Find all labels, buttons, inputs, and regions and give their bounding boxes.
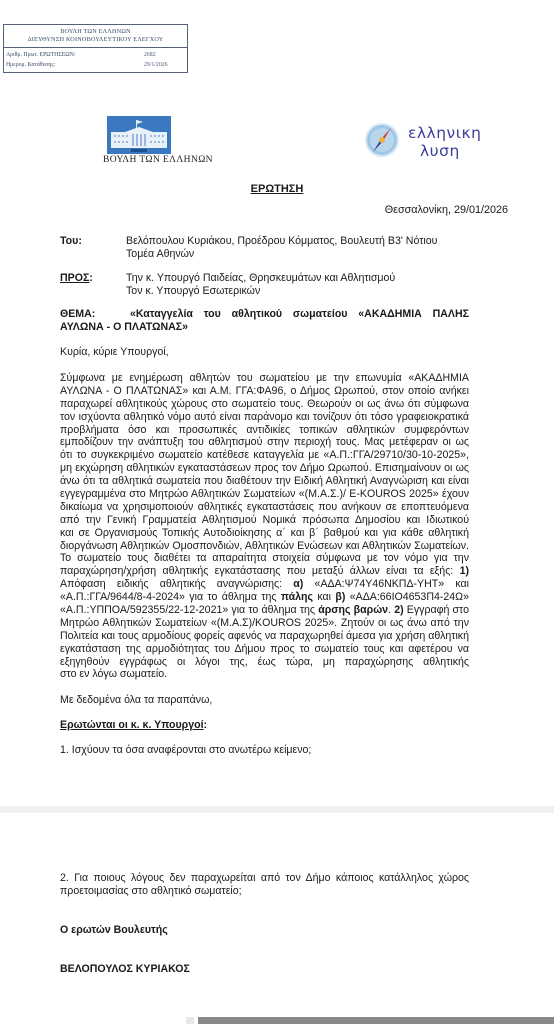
body-line: «Α.Π.:ΓΓΑ/9644/8-4-2024» για το άθλημα τ…: [60, 591, 469, 604]
horizontal-scrollbar[interactable]: [198, 1017, 554, 1024]
from-line-1: Βελόπουλου Κυριάκου, Προέδρου Κόμματος, …: [126, 235, 437, 248]
to-label-colon: :: [89, 272, 93, 284]
registry-protocol-row: Αριθμ. Πρωτ. ΕΡΩΤΗΣΕΩΝ: 2682: [4, 48, 187, 59]
body-line: δικαίωμα να χρησιμοποιούν αθλητικές εγκα…: [60, 501, 469, 514]
body-line: εγγεγραμμένα στο Μητρώο Αθλητικών Σωματε…: [60, 488, 469, 501]
body-line: τον ισχύοντα αθλητικό νόμο αυτό είναι πα…: [60, 411, 469, 424]
body-line: Πολιτεία και τους αρμοδίους φορείς αφενό…: [60, 630, 469, 643]
body-line: παραχωρεί αθλητικούς χώρους στο σωματείο…: [60, 398, 469, 411]
body-line: διοργάνωση Αθλητικών Ομοσπονδιών, Αθλητι…: [60, 540, 469, 553]
body-line: Απόφαση ειδικής αθλητικής αναγνώρισης: α…: [60, 578, 469, 591]
document-page-2: 2. Για ποιους λόγους δεν παραχωρείται απ…: [0, 813, 554, 1011]
scroll-handle[interactable]: [186, 1017, 194, 1024]
signature-label: Ο ερωτών Βουλευτής: [60, 924, 168, 937]
to-label-text: ΠΡΟΣ: [60, 272, 89, 284]
body-line: εμποδίζουν την ανάπτυξη του αθλητισμού σ…: [60, 436, 469, 449]
from-line-2: Τομέα Αθηνών: [126, 248, 194, 261]
body-text: «Α.Π.:ΥΠΠΟΑ/592355/22-12-2021» για το άθ…: [60, 604, 318, 616]
party-logo-line2: λυση: [408, 142, 481, 160]
document-page-1: ΒΟΥΛΗ ΤΩΝ ΕΛΛΗΝΩΝ ΔΙΕΥΘΥΝΣΗ ΚΟΙΝΟΒΟΥΛΕΥΤ…: [0, 0, 554, 807]
protocol-value: 2682: [144, 51, 156, 59]
filing-date-label: Ημερομ. Κατάθεσης:: [6, 61, 144, 69]
protocol-label: Αριθμ. Πρωτ. ΕΡΩΤΗΣΕΩΝ:: [6, 51, 144, 59]
body-text: παραχώρηση/χρήση αθλητικής εγκατάστασης …: [60, 565, 460, 577]
from-label: Του:: [60, 235, 82, 248]
question-2-line-1: 2. Για ποιους λόγους δεν παραχωρείται απ…: [60, 872, 469, 885]
to-line-1: Την κ. Υπουργό Παιδείας, Θρησκευμάτων κα…: [126, 272, 395, 285]
body-text: και: [313, 591, 335, 603]
body-line: και σε Οργανισμούς Τοπικής Αυτοδιοίκησης…: [60, 527, 469, 540]
registry-title-line2: ΔΙΕΥΘΥΝΣΗ ΚΟΙΝΟΒΟΥΛΕΥΤΙΚΟΥ ΕΛΕΓΧΟΥ: [4, 36, 187, 44]
body-line: «Α.Π.:ΥΠΠΟΑ/592355/22-12-2021» για το άθ…: [60, 604, 469, 617]
body-line: ΑΥΛΩΝΑ - Ο ΠΛΑΤΩΝΑΣ» και Α.Μ. ΓΓΑ:ΦΑ96, …: [60, 385, 469, 398]
registry-title-line1: ΒΟΥΛΗ ΤΩΝ ΕΛΛΗΝΩΝ: [4, 28, 187, 36]
body-line: Μητρώο Αθλητικών Σωματείων «(Μ.Α.Σ)/KOUR…: [60, 617, 469, 630]
subject-line-2: ΑΥΛΩΝΑ - Ο ΠΛΑΤΩΝΑΣ»: [60, 321, 188, 334]
signature-name: ΒΕΛΟΠΟΥΛΟΣ ΚΥΡΙΑΚΟΣ: [60, 963, 190, 976]
body-bold: 2): [394, 604, 403, 616]
body-paragraph: Σύμφωνα με ενημέρωση αθλητών του σωματεί…: [60, 372, 469, 681]
question-2: 2. Για ποιους λόγους δεν παραχωρείται απ…: [60, 872, 469, 898]
parliament-logo: ΒΟΥΛΗ ΤΩΝ ΕΛΛΗΝΩΝ: [103, 116, 199, 168]
party-logo: ελληνικη λυση: [362, 116, 512, 166]
body-bold: β): [335, 591, 345, 603]
body-line: από την Γενική Γραμματεία Αθλητισμού Νομ…: [60, 514, 469, 527]
body-line: παραχώρηση/χρήση αθλητικής εγκατάστασης …: [60, 565, 469, 578]
filing-date-value: 29/1/2026: [144, 61, 168, 69]
document-title: ΕΡΩΤΗΣΗ: [0, 183, 554, 196]
questions-heading-text: Ερωτώνται οι κ. κ. Υπουργοί: [60, 719, 204, 731]
body-line: εγκατάσταση της αρμοδιότητας του Δήμου π…: [60, 643, 469, 656]
place-date: Θεσσαλονίκη, 29/01/2026: [385, 204, 508, 217]
body-line: Το σωματείο τους διαθέτει τα απαραίτητα …: [60, 552, 469, 565]
party-logo-line1: ελληνικη: [408, 124, 481, 142]
questions-heading-colon: :: [204, 719, 208, 731]
registry-date-row: Ημερομ. Κατάθεσης: 29/1/2026: [4, 59, 187, 69]
given-statement: Με δεδομένα όλα τα παραπάνω,: [60, 694, 212, 707]
body-line: άνω ότι τα αθλητικά σωματεία που διαθέτο…: [60, 475, 469, 488]
body-line: Σύμφωνα με ενημέρωση αθλητών του σωματεί…: [60, 372, 469, 385]
body-line: προβλήματα όσο και προσωπικές αντιδικίες…: [60, 424, 469, 437]
body-text: «Α.Π.:ΓΓΑ/9644/8-4-2024» για το άθλημα τ…: [60, 591, 281, 603]
body-text: Απόφαση ειδικής αθλητικής αναγνώρισης:: [60, 578, 293, 590]
compass-icon: [364, 122, 400, 158]
to-label: ΠΡΟΣ:: [60, 272, 93, 285]
question-1: 1. Ισχύουν τα όσα αναφέρονται στο ανωτέρ…: [60, 744, 311, 757]
body-bold: 1): [460, 565, 469, 577]
registry-stamp: ΒΟΥΛΗ ΤΩΝ ΕΛΛΗΝΩΝ ΔΙΕΥΘΥΝΣΗ ΚΟΙΝΟΒΟΥΛΕΥΤ…: [3, 24, 188, 73]
salutation: Κυρία, κύριε Υπουργοί,: [60, 346, 169, 359]
subject-line-1-wrap: «Καταγγελία του αθλητικού σωματείου «ΑΚΑ…: [130, 308, 469, 321]
body-line: στο εν λόγω σωματείο.: [60, 668, 469, 681]
party-logo-text: ελληνικη λυση: [408, 124, 481, 160]
registry-title: ΒΟΥΛΗ ΤΩΝ ΕΛΛΗΝΩΝ ΔΙΕΥΘΥΝΣΗ ΚΟΙΝΟΒΟΥΛΕΥΤ…: [4, 25, 187, 44]
body-text: Εγγραφή στο: [404, 604, 469, 616]
to-line-2: Τον κ. Υπουργό Εσωτερικών: [126, 285, 260, 298]
body-line: εξηγηθούν εγγράφως οι λόγοι της, έως τώρ…: [60, 656, 469, 669]
body-bold: άρσης βαρών: [318, 604, 388, 616]
parliament-logo-text: ΒΟΥΛΗ ΤΩΝ ΕΛΛΗΝΩΝ: [103, 155, 213, 165]
body-bold: πάλης: [281, 591, 313, 603]
parliament-building-icon: [107, 116, 171, 154]
questions-heading: Ερωτώνται οι κ. κ. Υπουργοί:: [60, 719, 207, 732]
subject-label: ΘΕΜΑ:: [60, 308, 95, 321]
body-line: ότι το συγκεκριμένο σωματείο κατέθεσε κα…: [60, 449, 469, 462]
body-text: «ΑΔΑ:Ψ74Υ46ΝΚΠΔ-ΥΗΤ» και: [303, 578, 469, 590]
body-line: μη εκχώρηση αθλητικών εγκαταστάσεων προς…: [60, 462, 469, 475]
page-break: [0, 806, 554, 813]
question-2-line-2: προετοιμασίας στο αθλητικό σωματείο;: [60, 885, 469, 898]
body-bold: α): [293, 578, 303, 590]
subject-line-1: «Καταγγελία του αθλητικού σωματείου «ΑΚΑ…: [130, 308, 469, 321]
